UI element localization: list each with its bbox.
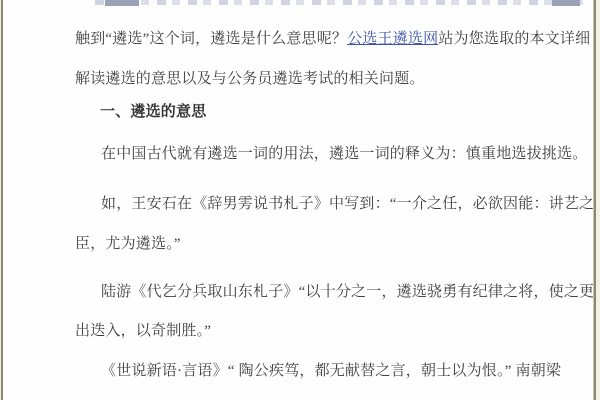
frame-rule-left — [1, 0, 3, 400]
paragraph-shishuoxinyu: 《世说新语·言语》“ 陶公疾笃，都无献替之言，朝士以为恨。” 南朝梁 — [101, 362, 561, 380]
section-heading: 一、遴选的意思 — [100, 103, 206, 121]
intro-line-1-pre: 触到“遴选”这个词，遴选是什么意思呢？ — [75, 31, 347, 47]
intro-line-2: 解读遴选的意思以及与公务员遴选考试的相关问题。 — [75, 70, 425, 88]
paragraph-wanganshi-line-2: 臣，尤为遴选。” — [75, 235, 181, 253]
paragraph-wanganshi-line-1: 如，王安石在《辞男雱说书札子》中写到：“一介之任，必欲因能：讲艺之 — [101, 195, 594, 213]
frame-rule-right — [594, 0, 596, 400]
paragraph-luyou-line-1: 陆游《代乞分兵取山东札子》“以十分之一，遴选骁勇有纪律之将，使之更 — [101, 283, 594, 301]
intro-line-1: 触到“遴选”这个词，遴选是什么意思呢？公选王遴选网站为您选取的本文详细 — [75, 30, 590, 48]
intro-line-1-post: 站为您选取的本文详细 — [438, 31, 590, 47]
paragraph-luyou-line-2: 出迭入，以奇制胜。” — [75, 322, 211, 340]
site-link[interactable]: 公选王遴选网 — [347, 31, 438, 47]
cropped-text-sliver-dark — [105, 0, 139, 6]
cropped-text-sliver — [95, 0, 583, 5]
paragraph-definition: 在中国古代就有遴选一词的用法，遴选一词的释义为：慎重地选拔挑选。 — [101, 145, 587, 163]
document-page: 触到“遴选”这个词，遴选是什么意思呢？公选王遴选网站为您选取的本文详细 解读遴选… — [3, 0, 594, 400]
cropped-text-sliver-dark — [552, 0, 580, 6]
